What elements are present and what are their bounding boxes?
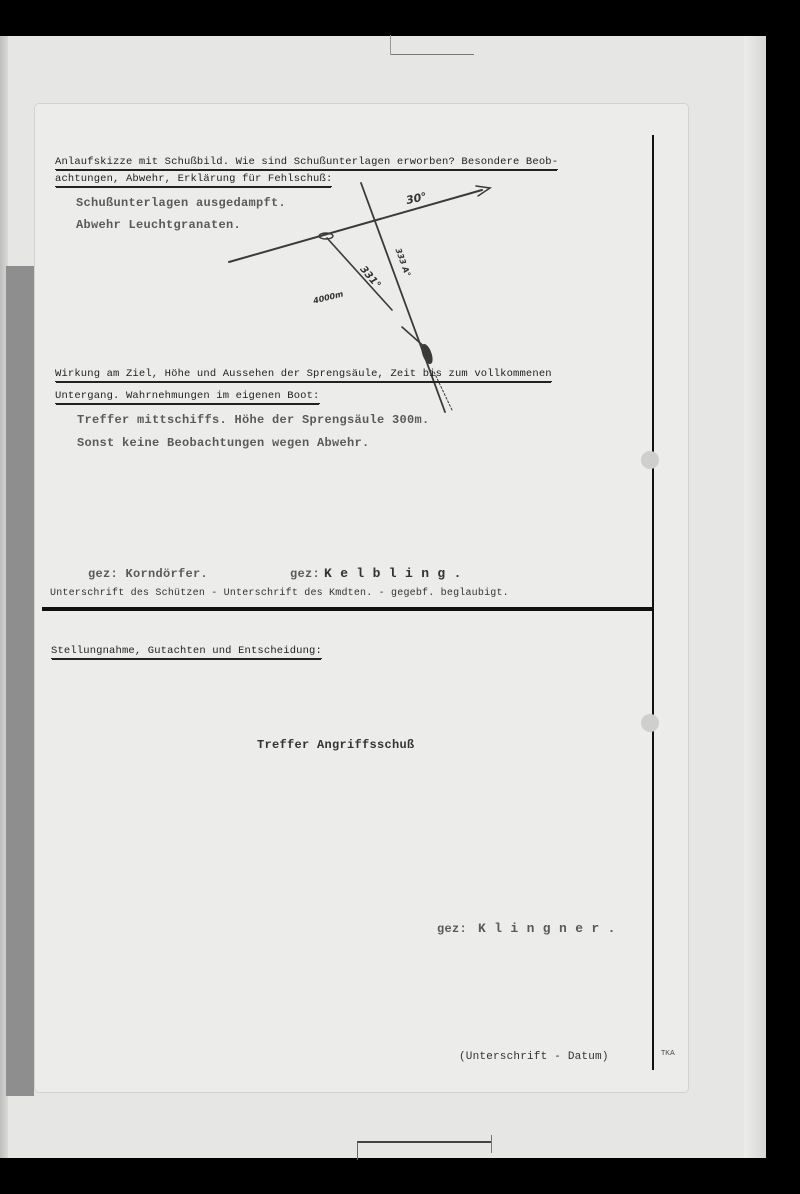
section-2-label-line-1: Wirkung am Ziel, Höhe und Aussehen der S… xyxy=(55,368,552,380)
margin-stamp: TKA xyxy=(661,1050,675,1057)
commander-signature-name: K e l b l i n g . xyxy=(324,566,462,581)
section-2-entry: Sonst keine Beobachtungen wegen Abwehr. xyxy=(77,436,370,450)
signature-caption: Unterschrift des Schützen - Unterschrift… xyxy=(50,588,509,599)
final-signature-name: K l i n g n e r . xyxy=(478,921,616,936)
section-2-label-line-2: Untergang. Wahrnehmungen im eigenen Boot… xyxy=(55,390,320,402)
final-signature-prefix: gez: xyxy=(437,922,467,936)
signature-date-caption: (Unterschrift - Datum) xyxy=(459,1051,609,1063)
shooter-signature: gez: Korndörfer. xyxy=(88,567,208,581)
section-3-label: Stellungnahme, Gutachten und Entscheidun… xyxy=(51,645,322,657)
commander-signature-prefix: gez: xyxy=(290,567,320,581)
verdict: Treffer Angriffsschuß xyxy=(257,738,415,752)
section-divider xyxy=(42,607,654,611)
section-2-entry: Treffer mittschiffs. Höhe der Sprengsäul… xyxy=(77,413,430,427)
